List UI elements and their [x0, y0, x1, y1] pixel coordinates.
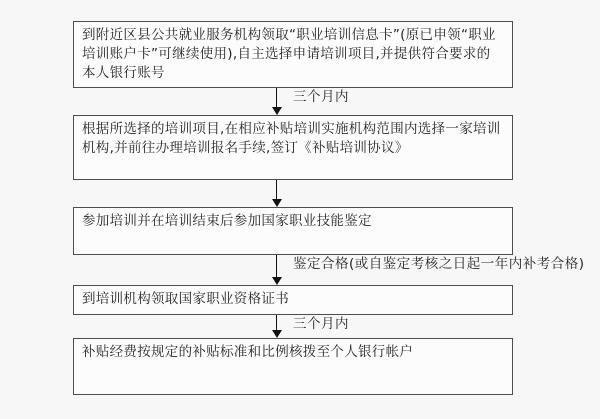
arrow-head-icon	[272, 330, 282, 338]
arrow-line	[276, 88, 277, 107]
arrow-line	[276, 315, 277, 330]
flow-step-get-certificate: 到培训机构领取国家职业资格证书	[73, 285, 513, 315]
connector-label-three-months-2: 三个月内	[293, 317, 349, 332]
flow-step-attend-training: 参加培训并在培训结束后参加国家职业技能鉴定	[73, 207, 513, 255]
arrow-line	[276, 255, 277, 277]
connector-label-three-months-1: 三个月内	[293, 90, 349, 105]
arrow-head-icon	[272, 277, 282, 285]
flowchart: 到附近区县公共就业服务机构领取“职业培训信息卡”(原已申领“职业培训账户卡”可继…	[0, 0, 600, 419]
flow-step-get-training-card: 到附近区县公共就业服务机构领取“职业培训信息卡”(原已申领“职业培训账户卡”可继…	[73, 21, 513, 88]
flow-step-subsidy-transfer: 补贴经费按规定的补贴标准和比例核拨至个人银行帐户	[73, 338, 513, 395]
connector-label-pass-assessment: 鉴定合格(或自鉴定考核之日起一年内补考合格)	[293, 257, 585, 272]
flow-step-choose-institution: 根据所选择的培训项目,在相应补贴培训实施机构范围内选择一家培训机构,并前往办理培…	[73, 115, 513, 180]
arrow-head-icon	[272, 199, 282, 207]
arrow-line	[276, 180, 277, 199]
arrow-head-icon	[272, 107, 282, 115]
